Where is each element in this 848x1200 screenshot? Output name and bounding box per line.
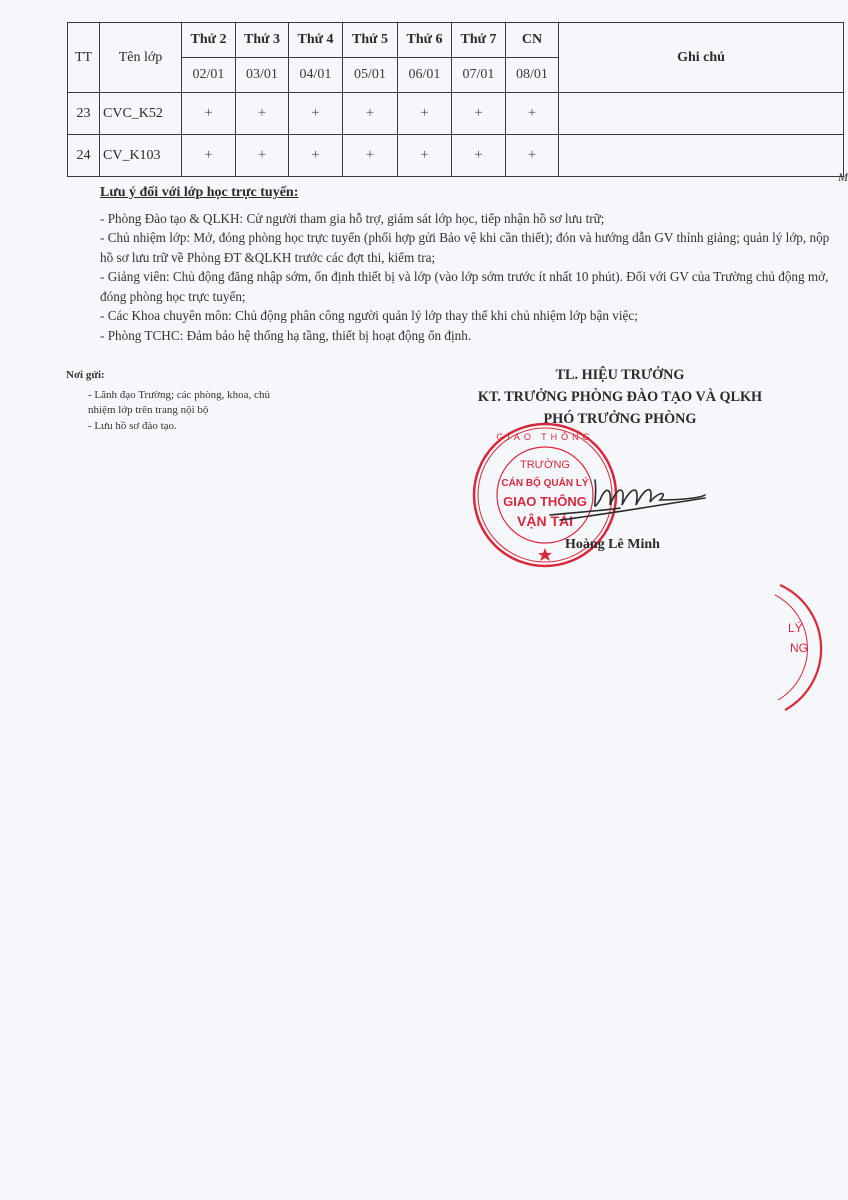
- header-day: CN: [506, 23, 559, 58]
- recipient-item: - Lãnh đạo Trường; các phòng, khoa, chủ …: [88, 388, 278, 419]
- row-mark: +: [398, 135, 452, 177]
- partial-stamp-icon: LÝ NG: [770, 580, 830, 715]
- row-mark: +: [289, 135, 343, 177]
- row-mark: +: [236, 93, 289, 135]
- note-item: - Các Khoa chuyên môn: Chủ động phân côn…: [100, 306, 840, 326]
- online-class-notes: Lưu ý đối với lớp học trực tuyến: - Phòn…: [100, 183, 840, 345]
- row-mark: +: [182, 135, 236, 177]
- partial-stamp-text: LÝ: [788, 620, 803, 635]
- row-note: [559, 93, 844, 135]
- row-mark: +: [289, 93, 343, 135]
- row-mark: +: [343, 135, 398, 177]
- header-day: Thứ 3: [236, 23, 289, 58]
- signature-line: KT. TRƯỞNG PHÒNG ĐÀO TẠO VÀ QLKH: [440, 386, 800, 408]
- header-date: 03/01: [236, 58, 289, 93]
- header-date: 07/01: [452, 58, 506, 93]
- row-mark: +: [506, 93, 559, 135]
- header-day: Thứ 6: [398, 23, 452, 58]
- recipient-item: - Lưu hồ sơ đào tạo.: [88, 419, 278, 435]
- recipients-label: Nơi gửi:: [66, 368, 278, 384]
- header-row-days: TT Tên lớp Thứ 2 Thứ 3 Thứ 4 Thứ 5 Thứ 6…: [68, 23, 844, 58]
- row-mark: +: [506, 135, 559, 177]
- header-day: Thứ 2: [182, 23, 236, 58]
- note-item: - Phòng TCHC: Đảm bảo hệ thống hạ tầng, …: [100, 326, 840, 346]
- row-tt: 24: [68, 135, 100, 177]
- table-row: 23 CVC_K52 + + + + + + +: [68, 93, 844, 135]
- row-note: [559, 135, 844, 177]
- header-day: Thứ 4: [289, 23, 343, 58]
- table-row: 24 CV_K103 + + + + + + +: [68, 135, 844, 177]
- header-date: 04/01: [289, 58, 343, 93]
- row-mark: +: [236, 135, 289, 177]
- signer-name: Hoàng Lê Minh: [565, 537, 660, 553]
- header-date: 08/01: [506, 58, 559, 93]
- row-mark: +: [452, 93, 506, 135]
- row-mark: +: [452, 135, 506, 177]
- row-class-name: CV_K103: [100, 135, 182, 177]
- partial-stamp-text: NG: [790, 641, 808, 655]
- row-mark: +: [182, 93, 236, 135]
- header-tt: TT: [68, 23, 100, 93]
- handwritten-signature-icon: [540, 460, 720, 540]
- header-date: 05/01: [343, 58, 398, 93]
- note-item: - Chủ nhiệm lớp: Mở, đóng phòng học trực…: [100, 228, 840, 267]
- header-day: Thứ 7: [452, 23, 506, 58]
- row-class-name: CVC_K52: [100, 93, 182, 135]
- note-item: - Giảng viên: Chủ động đăng nhập sớm, ổn…: [100, 267, 840, 306]
- row-tt: 23: [68, 93, 100, 135]
- note-item: - Phòng Đào tạo & QLKH: Cử người tham gi…: [100, 209, 840, 229]
- recipients-block: Nơi gửi: - Lãnh đạo Trường; các phòng, k…: [66, 368, 278, 434]
- signature-line: TL. HIỆU TRƯỞNG: [440, 364, 800, 386]
- header-date: 06/01: [398, 58, 452, 93]
- stamp-outer-text: GIAO THÔNG: [496, 432, 593, 442]
- header-note: Ghi chú: [559, 23, 844, 93]
- notes-title: Lưu ý đối với lớp học trực tuyến:: [100, 183, 840, 203]
- header-day: Thứ 5: [343, 23, 398, 58]
- row-mark: +: [398, 93, 452, 135]
- schedule-table: TT Tên lớp Thứ 2 Thứ 3 Thứ 4 Thứ 5 Thứ 6…: [67, 22, 844, 177]
- recipients-list: - Lãnh đạo Trường; các phòng, khoa, chủ …: [66, 388, 278, 435]
- header-class-name: Tên lớp: [100, 23, 182, 93]
- row-mark: +: [343, 93, 398, 135]
- header-date: 02/01: [182, 58, 236, 93]
